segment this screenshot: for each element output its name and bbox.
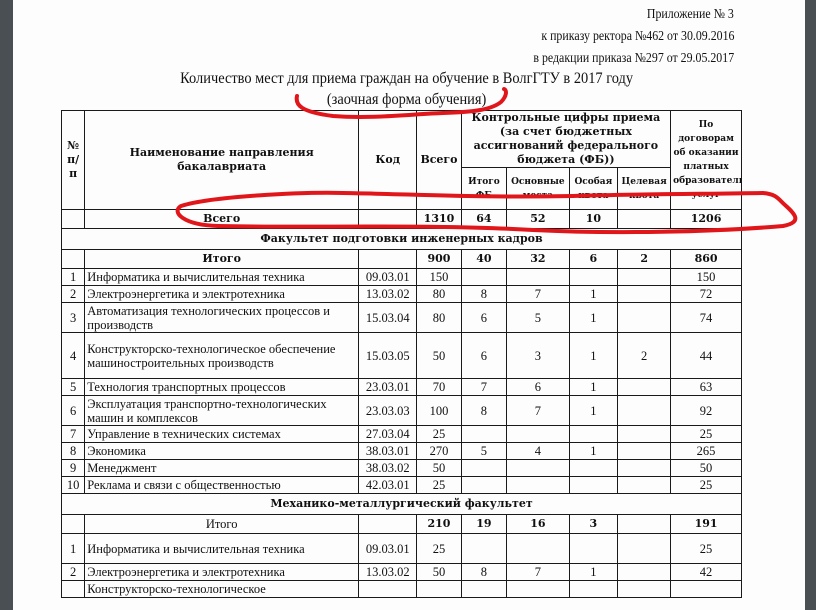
- cell-special: 1: [569, 396, 618, 426]
- cell-target: [618, 379, 671, 396]
- cell-total: 150: [417, 269, 461, 286]
- row-num: 9: [62, 460, 85, 477]
- cell-paid: 150: [671, 269, 742, 286]
- row-num: 7: [62, 426, 85, 443]
- col-name-header: Наименование направления бакалавриата: [85, 111, 359, 210]
- cell-target: [618, 303, 671, 333]
- program-code: 15.03.04: [359, 303, 417, 333]
- cell-total: 50: [417, 564, 461, 581]
- cell-main: [507, 477, 569, 494]
- cell-main: 6: [507, 379, 569, 396]
- cell-target: [618, 286, 671, 303]
- cell-paid: 72: [671, 286, 742, 303]
- program-name: Управление в технических системах: [85, 426, 359, 443]
- row-num: 10: [62, 477, 85, 494]
- cell-main: 3: [507, 333, 569, 379]
- cell-main: [507, 581, 569, 598]
- cell-fb: [461, 426, 506, 443]
- cell-paid: 25: [671, 534, 742, 564]
- cell-special: 1: [569, 286, 618, 303]
- cell-special: 1: [569, 379, 618, 396]
- col-main-header: Основные места: [507, 168, 569, 210]
- subtotal-label: Итого: [85, 515, 359, 534]
- cell-fb: [461, 477, 506, 494]
- subtotal-special: 6: [569, 250, 618, 269]
- cell-paid: 74: [671, 303, 742, 333]
- cell-target: 2: [618, 333, 671, 379]
- program-code: 27.03.04: [359, 426, 417, 443]
- cell-paid: 63: [671, 379, 742, 396]
- program-code: 23.03.03: [359, 396, 417, 426]
- cell-target: [618, 426, 671, 443]
- cell-fb: [461, 581, 506, 598]
- program-code: 09.03.01: [359, 534, 417, 564]
- cell-target: [618, 564, 671, 581]
- cell-target: [618, 460, 671, 477]
- cell-total: 80: [417, 303, 461, 333]
- cell-total: 25: [417, 534, 461, 564]
- program-name: Эксплуатация транспортно-технологических…: [85, 396, 359, 426]
- cell-main: [507, 269, 569, 286]
- document-subtitle: (заочная форма обучения): [13, 91, 801, 109]
- row-num: 6: [62, 396, 85, 426]
- cell-fb: [461, 460, 506, 477]
- table-row: Конструкторско-технологическое: [62, 581, 742, 598]
- cell-special: 1: [569, 443, 618, 460]
- cell-total: 25: [417, 426, 461, 443]
- cell-paid: 50: [671, 460, 742, 477]
- program-name: Экономика: [85, 443, 359, 460]
- cell-special: [569, 269, 618, 286]
- grand-total-paid: 1206: [671, 210, 742, 229]
- col-special-header: Особая квота: [569, 168, 618, 210]
- col-code-header: Код: [359, 111, 417, 210]
- cell-total: [417, 581, 461, 598]
- table-row: 1Информатика и вычислительная техника09.…: [62, 269, 742, 286]
- table-row: 7Управление в технических системах27.03.…: [62, 426, 742, 443]
- cell-total: 50: [417, 333, 461, 379]
- grand-total-label: Всего: [85, 210, 359, 229]
- cell-total: 80: [417, 286, 461, 303]
- program-code: [359, 581, 417, 598]
- program-code: 15.03.05: [359, 333, 417, 379]
- subtotal-total: 210: [417, 515, 461, 534]
- cell-total: 50: [417, 460, 461, 477]
- program-name: Электроэнергетика и электротехника: [85, 564, 359, 581]
- col-budget-group-header: Контрольные цифры приема (за счет бюджет…: [461, 111, 670, 168]
- cell-fb: 6: [461, 303, 506, 333]
- cell-paid: 42: [671, 564, 742, 581]
- row-num: 3: [62, 303, 85, 333]
- cell-special: [569, 581, 618, 598]
- table-row: 4Конструкторско-технологическое обеспече…: [62, 333, 742, 379]
- program-name: Конструкторско-технологическое обеспечен…: [85, 333, 359, 379]
- cell-paid: 44: [671, 333, 742, 379]
- grand-total-row: Всего 1310 64 52 10 1206: [62, 210, 742, 229]
- subtotal-total: 900: [417, 250, 461, 269]
- row-num: 4: [62, 333, 85, 379]
- program-code: 09.03.01: [359, 269, 417, 286]
- cell-special: 1: [569, 564, 618, 581]
- cell-special: [569, 534, 618, 564]
- row-num: 2: [62, 564, 85, 581]
- table-row: 3Автоматизация технологических процессов…: [62, 303, 742, 333]
- cell-fb: 8: [461, 286, 506, 303]
- cell-fb: 8: [461, 564, 506, 581]
- program-code: 38.03.01: [359, 443, 417, 460]
- appendix-label: Приложение № 3: [647, 6, 734, 22]
- grand-total-fb: 64: [461, 210, 506, 229]
- table-row: 1Информатика и вычислительная техника09.…: [62, 534, 742, 564]
- cell-paid: 92: [671, 396, 742, 426]
- edition-reference: в редакции приказа №297 от 29.05.2017: [533, 50, 734, 66]
- program-name: Информатика и вычислительная техника: [85, 269, 359, 286]
- program-name: Реклама и связи с общественностью: [85, 477, 359, 494]
- cell-paid: 25: [671, 426, 742, 443]
- row-num: 2: [62, 286, 85, 303]
- subtotal-fb: 40: [461, 250, 506, 269]
- cell-main: [507, 534, 569, 564]
- program-code: 13.03.02: [359, 286, 417, 303]
- cell-target: [618, 396, 671, 426]
- cell-main: 4: [507, 443, 569, 460]
- table-row: 5Технология транспортных процессов23.03.…: [62, 379, 742, 396]
- subtotal-target: [618, 515, 671, 534]
- subtotal-fb: 19: [461, 515, 506, 534]
- program-name: Конструкторско-технологическое: [85, 581, 359, 598]
- cell-paid: 25: [671, 477, 742, 494]
- header-row: № п/п Наименование направления бакалаври…: [62, 111, 742, 168]
- program-name: Информатика и вычислительная техника: [85, 534, 359, 564]
- program-code: 38.03.02: [359, 460, 417, 477]
- cell-total: 100: [417, 396, 461, 426]
- program-code: 13.03.02: [359, 564, 417, 581]
- cell-target: [618, 269, 671, 286]
- row-num: 1: [62, 269, 85, 286]
- admission-table: № п/п Наименование направления бакалаври…: [61, 110, 742, 598]
- document-title: Количество мест для приема граждан на об…: [13, 70, 801, 88]
- cell-paid: [671, 581, 742, 598]
- faculty-name: Факультет подготовки инженерных кадров: [62, 229, 742, 250]
- cell-fb: [461, 269, 506, 286]
- document-page: Приложение № 3 к приказу ректора №462 от…: [13, 0, 805, 610]
- subtotal-target: 2: [618, 250, 671, 269]
- grand-total-main: 52: [507, 210, 569, 229]
- program-name: Электроэнергетика и электротехника: [85, 286, 359, 303]
- faculty-row: Механико-металлургический факультет: [62, 494, 742, 515]
- order-reference: к приказу ректора №462 от 30.09.2016: [541, 28, 734, 44]
- subtotal-main: 16: [507, 515, 569, 534]
- program-code: 23.03.01: [359, 379, 417, 396]
- subtotal-special: 3: [569, 515, 618, 534]
- table-row: 2Электроэнергетика и электротехника13.03…: [62, 286, 742, 303]
- subtotal-label: Итого: [85, 250, 359, 269]
- cell-main: [507, 460, 569, 477]
- subtotal-main: 32: [507, 250, 569, 269]
- table-row: 10Реклама и связи с общественностью42.03…: [62, 477, 742, 494]
- subtotal-paid: 860: [671, 250, 742, 269]
- program-name: Технология транспортных процессов: [85, 379, 359, 396]
- table-row: 2Электроэнергетика и электротехника13.03…: [62, 564, 742, 581]
- cell-fb: [461, 534, 506, 564]
- col-fb-header: Итого ФБ: [461, 168, 506, 210]
- grand-total-special: 10: [569, 210, 618, 229]
- cell-special: 1: [569, 303, 618, 333]
- cell-main: 7: [507, 286, 569, 303]
- program-name: Менеджмент: [85, 460, 359, 477]
- table-row: 8Экономика38.03.01270541265: [62, 443, 742, 460]
- row-num: 8: [62, 443, 85, 460]
- row-num: 5: [62, 379, 85, 396]
- cell-special: [569, 426, 618, 443]
- cell-main: 7: [507, 564, 569, 581]
- col-paid-header: По договорам об оказании платных образов…: [671, 111, 742, 210]
- col-target-header: Целевая квота: [618, 168, 671, 210]
- col-num-header: № п/п: [62, 111, 85, 210]
- cell-fb: 7: [461, 379, 506, 396]
- cell-target: [618, 534, 671, 564]
- grand-total-target: [618, 210, 671, 229]
- table-row: 6Эксплуатация транспортно-технологически…: [62, 396, 742, 426]
- subtotal-paid: 191: [671, 515, 742, 534]
- row-num: 1: [62, 534, 85, 564]
- cell-target: [618, 443, 671, 460]
- cell-total: 270: [417, 443, 461, 460]
- cell-target: [618, 477, 671, 494]
- faculty-subtotal-row: Итого900403262860: [62, 250, 742, 269]
- cell-total: 70: [417, 379, 461, 396]
- faculty-row: Факультет подготовки инженерных кадров: [62, 229, 742, 250]
- cell-paid: 265: [671, 443, 742, 460]
- cell-fb: 5: [461, 443, 506, 460]
- cell-fb: 8: [461, 396, 506, 426]
- cell-special: 1: [569, 333, 618, 379]
- cell-total: 25: [417, 477, 461, 494]
- faculty-subtotal-row: Итого21019163191: [62, 515, 742, 534]
- cell-main: 7: [507, 396, 569, 426]
- grand-total-total: 1310: [417, 210, 461, 229]
- cell-fb: 6: [461, 333, 506, 379]
- row-num: [62, 581, 85, 598]
- cell-special: [569, 460, 618, 477]
- col-total-header: Всего: [417, 111, 461, 210]
- cell-main: [507, 426, 569, 443]
- cell-main: 5: [507, 303, 569, 333]
- cell-special: [569, 477, 618, 494]
- table-row: 9Менеджмент38.03.025050: [62, 460, 742, 477]
- cell-target: [618, 581, 671, 598]
- faculty-name: Механико-металлургический факультет: [62, 494, 742, 515]
- program-name: Автоматизация технологических процессов …: [85, 303, 359, 333]
- program-code: 42.03.01: [359, 477, 417, 494]
